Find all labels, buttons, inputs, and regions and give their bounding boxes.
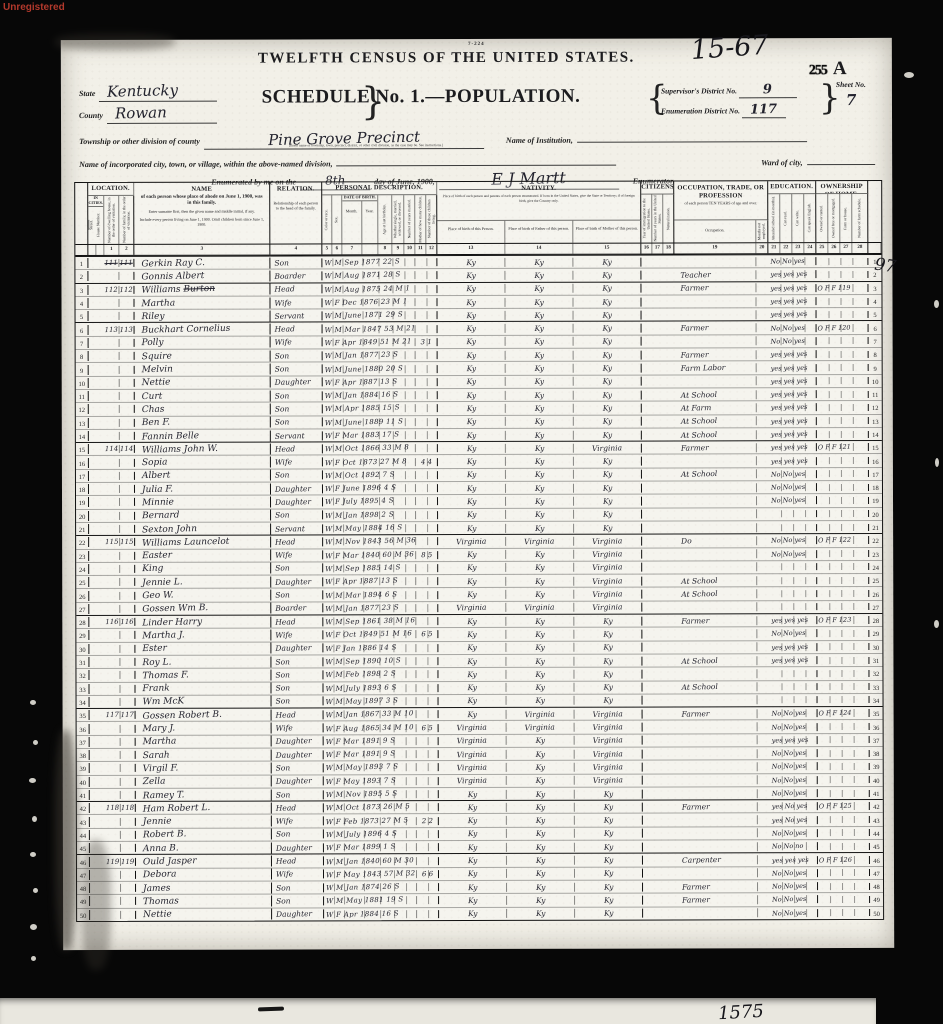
birthplace-cell: Ky (438, 457, 506, 466)
personal-description-cell: W M Sep 1861 38 M 16 (323, 617, 416, 625)
name-cell: Martha J. (135, 629, 271, 640)
row-number-left: 11 (76, 391, 89, 401)
name-cell: Martha (136, 736, 272, 747)
education-cell: No No yes (770, 723, 818, 731)
color-column-label: Color or race. (325, 209, 329, 230)
education-cell: yes yes yes (769, 377, 817, 385)
birthplace-cell: Ky (438, 590, 506, 599)
family-number-cell (119, 299, 134, 307)
occupation-cell (676, 736, 758, 745)
education-cell: yes yes yes (769, 404, 817, 412)
can-write-column-label: Can write. (796, 210, 800, 226)
relation-cell: Son (271, 590, 323, 599)
family-number-cell (120, 458, 135, 466)
row-number-left: 31 (76, 657, 89, 667)
home-ownership-cell (817, 643, 869, 650)
column-number: 21 (768, 243, 780, 253)
birthplace-cell: Ky (438, 470, 506, 479)
township-note: [Insert name of township, town, precinct… (231, 143, 501, 148)
home-ownership-cell (817, 524, 869, 531)
handwritten-sheet-number: 15-67 (690, 30, 770, 67)
relation-cell: Son (272, 883, 324, 892)
row-number-left: 27 (76, 604, 89, 614)
occupation-cell: Farmer (675, 443, 757, 452)
handwritten-bottom-number: 1575 (717, 1001, 764, 1024)
name-cell: Debora (136, 869, 272, 880)
can-read-column-header: Can read. (780, 194, 792, 242)
state-label: State (79, 89, 95, 98)
occupation-cell: Farmer (676, 895, 758, 904)
birthplace-cell: Virginia (439, 776, 507, 785)
stamp-letter: A (833, 58, 847, 79)
dwelling-number-cell: 113 (105, 326, 120, 334)
children-count-cell (416, 644, 438, 652)
birthplace-cell: Ky (439, 696, 507, 705)
unregistered-watermark: Unregistered (3, 2, 65, 13)
home-ownership-cell (817, 377, 869, 384)
row-number-left: 3 (75, 285, 88, 295)
father-birthplace-cell: Ky (507, 856, 575, 865)
relation-sub: Relationship of each person to the head … (272, 202, 319, 212)
row-number-right: 37 (870, 735, 883, 745)
home-ownership-cell (818, 750, 870, 757)
birthplace-cell: Ky (439, 803, 507, 812)
year-column-label: Year. (362, 201, 378, 243)
dwelling-number-cell (105, 645, 120, 653)
column-number (96, 245, 104, 255)
children-count-cell (416, 418, 438, 426)
relation-cell: Head (272, 856, 324, 865)
father-birthplace-cell: Ky (506, 670, 574, 679)
father-birthplace-cell: Ky (507, 816, 575, 825)
education-cell: yes yes yes (769, 310, 817, 318)
naturalization-column-label: Naturalization. (666, 207, 670, 230)
education-cell: yes No yes (770, 816, 818, 824)
occupation-cell (676, 762, 758, 771)
months-not-employed-column-header: Months not employed. (756, 220, 768, 242)
column-number: 24 (804, 243, 816, 253)
birthplace-cell: Ky (437, 271, 505, 280)
name-cell: Squire (135, 350, 271, 361)
row-number-right: 10 (869, 376, 882, 386)
home-ownership-cell (818, 696, 870, 703)
occupation-cell (676, 722, 758, 731)
personal-description-cell: W F Apr 1884 16 S (324, 910, 417, 918)
relation-cell: Wife (270, 298, 322, 307)
personal-description-cell: W F Feb 1873 27 M 5 (324, 817, 417, 825)
father-birthplace-cell: Ky (506, 577, 574, 586)
occupation-cell (675, 549, 757, 558)
month-column-label: Month. (342, 201, 362, 243)
children-count-cell (417, 910, 439, 918)
father-birthplace-cell: Ky (506, 364, 574, 373)
column-number: 25 (816, 243, 828, 253)
dwelling-number-cell (105, 552, 120, 560)
dwelling-number-cell: 112 (104, 286, 119, 294)
children-count-cell (416, 604, 438, 612)
row-number-left: 38 (77, 750, 90, 760)
row-number-left: 43 (77, 817, 90, 827)
film-speck (904, 72, 914, 78)
mother-birthplace-cell: Ky (574, 390, 642, 399)
father-birthplace-cell: Ky (506, 510, 574, 519)
home-ownership-cell: O F F 124 (818, 709, 870, 717)
education-cell (769, 564, 817, 571)
county-value: Rowan (115, 103, 167, 122)
education-cell: yes yes yes (769, 390, 817, 398)
name-cell: Gossen Robert B. (136, 709, 272, 720)
personal-description-cell: W M Apr 1885 15 S (323, 405, 416, 413)
occupation-cell (675, 377, 757, 386)
family-number-cell (120, 352, 135, 360)
home-ownership-cell (818, 896, 870, 903)
census-rows: 1 111 111 Gerkin Ray C. Son W M Sep 1877… (75, 254, 883, 921)
education-cell: No No yes (770, 869, 818, 877)
family-number-cell: 116 (120, 618, 135, 626)
column-number: 18 (663, 243, 674, 253)
children-count-cell (417, 777, 439, 785)
occupation-cell: At School (675, 589, 757, 598)
mother-birthplace-cell: Ky (575, 842, 643, 851)
birthplace-cell: Ky (438, 683, 506, 692)
home-ownership-cell: O F F 125 (818, 802, 870, 810)
birthplace-cell: Ky (438, 670, 506, 679)
mother-birthplace-cell: Virginia (575, 762, 643, 771)
row-number-right: 9 (869, 362, 882, 372)
supervisor-district-label: Supervisor's District No. (661, 86, 737, 95)
personal-description-cell: W M Jan 1898 2 S (323, 511, 416, 519)
home-ownership-cell (817, 577, 869, 584)
children-count-cell (417, 764, 439, 772)
name-cell: Nettie (136, 909, 272, 920)
family-number-cell (120, 631, 135, 639)
schedule-title: SCHEDULE No. 1.—POPULATION. (211, 86, 631, 109)
home-ownership-cell (817, 510, 869, 517)
census-table: LOCATION. IN CITIES. Street. House Numbe… (74, 180, 884, 922)
children-count-cell (416, 684, 438, 692)
row-number-right: 40 (870, 775, 883, 785)
township-label: Township or other division of county (79, 137, 200, 146)
name-cell: Geo W. (135, 590, 271, 601)
row-number-right: 6 (869, 323, 882, 333)
birthplace-cell: Ky (439, 909, 507, 918)
mother-birthplace-cell: Ky (574, 310, 642, 319)
row-number-right: 13 (869, 416, 882, 426)
birthplace-cell: Virginia (439, 723, 507, 732)
mother-birthplace-cell: Ky (573, 284, 641, 293)
relation-cell: Wife (271, 551, 323, 560)
education-cell: No No yes (769, 630, 817, 638)
father-birthplace-cell: Ky (506, 390, 574, 399)
birthplace-cell: Virginia (438, 603, 506, 612)
mother-birthplace-cell: Ky (575, 696, 643, 705)
children-count-cell (416, 325, 438, 333)
personal-description-cell: W F Mar 1883 17 S (323, 431, 416, 439)
home-ownership-cell (817, 311, 869, 318)
personal-description-cell: W M May 1897 3 S (324, 697, 417, 705)
dwelling-number-cell (106, 844, 121, 852)
children-count-cell (416, 471, 438, 479)
name-cell: Sarah (136, 749, 272, 760)
relation-title: RELATION. (272, 183, 319, 193)
family-number-cell (120, 512, 135, 520)
personal-description-cell: W F Apr 1887 13 S (323, 577, 416, 585)
name-cell: Gonnis Albert (134, 270, 270, 281)
years-in-us-column-header: Number of years in the United States. (652, 195, 663, 243)
children-count-cell (417, 857, 439, 865)
family-number-cell: 118 (121, 804, 136, 812)
relation-cell: Son (271, 364, 323, 373)
row-number-left: 20 (76, 511, 89, 521)
row-number-left: 21 (76, 524, 89, 534)
home-ownership-cell (818, 829, 870, 836)
supervisor-district-line: Supervisor's District No. 9 (661, 82, 797, 98)
name-cell: Curt (135, 390, 271, 401)
children-count-cell (416, 524, 438, 532)
name-cell: Melvin (135, 364, 271, 375)
father-birthplace-cell: Ky (506, 550, 574, 559)
father-birthplace-cell: Ky (506, 417, 574, 426)
film-speck (935, 458, 939, 467)
mother-birthplace-cell: Ky (574, 364, 642, 373)
relation-cell: Head (271, 617, 323, 626)
family-number-cell (121, 724, 136, 732)
row-number-right: 41 (870, 788, 883, 798)
education-cell: yes yes yes (768, 271, 816, 279)
row-number-right: 29 (869, 628, 882, 638)
name-cell: Chas (135, 403, 271, 414)
relation-cell: Daughter (272, 737, 324, 746)
birthplace-cell: Ky (438, 351, 506, 360)
occupation-cell: Do (675, 536, 757, 545)
education-cell: No No yes (769, 550, 817, 558)
name-cell: Martha (134, 297, 270, 308)
father-birthplace-cell: Ky (506, 377, 574, 386)
row-number-right: 21 (869, 522, 882, 532)
children-count-cell (417, 803, 439, 811)
birthplace-cell: Ky (438, 364, 506, 373)
column-number: 27 (840, 243, 852, 253)
personal-description-cell: W F Oct 1849 51 M 16 (323, 631, 416, 639)
children-count-cell (415, 258, 437, 266)
column-number: 19 (674, 243, 756, 253)
row-number-left: 36 (77, 724, 90, 734)
dwelling-number-cell (106, 738, 121, 746)
dwelling-number-cell (105, 485, 120, 493)
personal-description-cell: W M Oct 1892 7 S (323, 471, 416, 479)
family-number-cell (120, 578, 135, 586)
row-number-left: 12 (76, 404, 89, 414)
name-cell: Sexton John (135, 523, 271, 534)
name-cell: Gerkin Ray C. (134, 257, 270, 268)
occupation-cell: Farmer (676, 709, 758, 718)
occupation-cell (676, 908, 758, 917)
children-count-cell (416, 591, 438, 599)
mother-of-column-label: Mother of how many children. (418, 196, 422, 243)
dwelling-number-cell (105, 379, 120, 387)
mother-birthplace-cell: Virginia (574, 443, 642, 452)
dwelling-number-cell (105, 432, 120, 440)
row-number-right: 39 (870, 761, 883, 771)
home-ownership-cell (817, 404, 869, 411)
column-number: 7 (342, 244, 362, 254)
row-number-left: 33 (76, 684, 89, 694)
home-ownership-cell (817, 603, 869, 610)
mother-birthplace-cell: Virginia (574, 603, 642, 612)
name-cell: Ramey T. (136, 789, 272, 800)
home-ownership-cell (818, 723, 870, 730)
birthplace-cell: Ky (439, 883, 507, 892)
personal-description-cell: W F Mar 1840 60 M 36 (323, 551, 416, 559)
column-number: 28 (852, 243, 868, 253)
stamp-number: 255 (809, 63, 827, 78)
row-number-right: 49 (870, 894, 883, 904)
row-number-right: 36 (870, 721, 883, 731)
row-number-left: 25 (76, 577, 89, 587)
relation-cell: Daughter (272, 910, 324, 919)
education-cell: yes yes yes (769, 616, 817, 624)
relation-cell: Head (270, 285, 322, 294)
dwelling-number-cell (105, 605, 120, 613)
birthplace-cell: Ky (439, 789, 507, 798)
relation-cell: Son (272, 830, 324, 839)
mother-birthplace-cell: Ky (575, 816, 643, 825)
mother-birthplace-cell: Virginia (575, 709, 643, 718)
column-number: 22 (780, 243, 792, 253)
family-number-cell (120, 432, 135, 440)
family-column-header: Number of family, in the order of visita… (119, 196, 134, 244)
father-birthplace-cell: Ky (505, 297, 573, 306)
row-number-left: 1 (75, 258, 88, 268)
column-number: 1 (104, 245, 119, 255)
row-number-right: 32 (869, 668, 882, 678)
row-number-right: 24 (869, 562, 882, 572)
family-number-cell (120, 419, 135, 427)
dwelling-number-cell (106, 764, 121, 772)
row-number-right: 19 (869, 495, 882, 505)
home-ownership-cell: O F F 121 (817, 443, 869, 451)
film-speck (934, 300, 939, 308)
father-birthplace-cell: Ky (506, 683, 574, 692)
dwelling-number-cell (105, 658, 120, 666)
occupation-cell: At School (675, 682, 757, 691)
in-cities-label: IN CITIES. (88, 196, 103, 207)
education-cell: No No yes (770, 763, 818, 771)
name-cell: Ould Jasper (136, 856, 272, 867)
education-cell: yes No yes (770, 802, 818, 810)
home-ownership-cell: O F F 120 (817, 324, 869, 332)
personal-description-cell: W F Apr 1849 51 M 21 (323, 338, 416, 346)
mother-birthplace-cell: Ky (574, 417, 642, 426)
column-number: 16 (641, 244, 652, 254)
relation-cell: Son (271, 404, 323, 413)
name-cell: Linder Harry (135, 616, 271, 627)
father-birthplace-cell: Ky (505, 284, 573, 293)
family-number-cell (121, 764, 136, 772)
row-number-left: 2 (75, 271, 88, 281)
row-number-left: 4 (75, 298, 88, 308)
occupation-cell: Farm Labor (675, 363, 757, 372)
education-cell: No No yes (770, 909, 818, 917)
name-cell: Nettie (135, 377, 271, 388)
name-cell: Williams Launcelot (135, 536, 271, 547)
immigration-year-column-header: Year of immigration to the United States… (641, 195, 652, 243)
home-ownership-cell (818, 736, 870, 743)
personal-description-cell: W M June 1889 11 S (323, 418, 416, 426)
personal-description-group-header: PERSONAL DESCRIPTION. (322, 182, 437, 195)
personal-description-cell: W M June 1871 29 S (323, 311, 416, 319)
personal-description-cell: W F Dec 1876 23 M 1 (322, 298, 415, 306)
column-number: 9 (392, 244, 404, 254)
father-birthplace-cell: Ky (507, 789, 575, 798)
birthplace-cell: Ky (438, 643, 506, 652)
attended-school-column-header: Attended school (in months). (768, 194, 780, 242)
occupation-cell: Farmer (675, 616, 757, 625)
mother-birthplace-cell: Virginia (574, 576, 642, 585)
father-birthplace-cell: Ky (507, 829, 575, 838)
film-speck (934, 620, 939, 628)
row-number-left: 13 (76, 418, 89, 428)
occupation-sub: of each person TEN YEARS of age and over… (677, 201, 764, 206)
birthplace-cell: Ky (438, 577, 506, 586)
column-number: 10 (404, 244, 415, 254)
children-count-cell (416, 498, 438, 506)
home-ownership-cell (817, 630, 869, 637)
row-number-left: 29 (76, 630, 89, 640)
age-column-header: Age at last birthday. (378, 195, 392, 243)
family-number-cell (121, 698, 136, 706)
dwelling-number-cell (105, 578, 120, 586)
citizenship-group-header: CITIZENSHIP. (641, 181, 674, 194)
row-number-right: 12 (869, 402, 882, 412)
relation-cell: Son (271, 564, 323, 573)
row-number-right: 48 (870, 881, 883, 891)
name-cell: Mary J. (136, 723, 272, 734)
education-cell: yes yes yes (769, 430, 817, 438)
children-count-cell (415, 298, 437, 306)
education-cell: No No yes (769, 337, 817, 345)
birthplace-cell: Virginia (439, 750, 507, 759)
occupation-cell: Carpenter (676, 855, 758, 864)
personal-description-cell: W M Sep 1885 14 S (323, 564, 416, 572)
relation-cell: Son (271, 684, 323, 693)
row-number-right: 50 (870, 908, 883, 918)
county-label: County (79, 111, 103, 120)
mother-birthplace-cell: Ky (574, 350, 642, 359)
home-ownership-cell (817, 470, 869, 477)
column-number: 23 (792, 243, 804, 253)
table-row: 50 Nettie Daughter W F Apr 1884 16 S Ky … (77, 905, 883, 920)
mother-birthplace-cell: Ky (574, 483, 642, 492)
children-count-cell (417, 883, 439, 891)
children-count-cell (416, 405, 438, 413)
birthplace-cell: Ky (439, 869, 507, 878)
father-birthplace-cell: Ky (506, 630, 574, 639)
birthplace-cell: Ky (438, 444, 506, 453)
name-cell: Fannin Belle (135, 430, 271, 441)
nativity-title: NATIVITY. (440, 183, 637, 194)
father-birthplace-cell: Ky (506, 457, 574, 466)
months-not-employed-column-label: Months not employed. (757, 220, 766, 242)
birthplace-person-column-label: Place of birth of this Person. (437, 221, 505, 243)
family-number-cell (120, 685, 135, 693)
birthplace-cell: Ky (438, 377, 506, 386)
enumeration-district-line: Enumeration District No. 117 (661, 102, 786, 118)
father-birthplace-cell: Ky (507, 736, 575, 745)
relation-cell: Son (271, 511, 323, 520)
row-number-right: 25 (869, 575, 882, 585)
education-cell: yes yes yes (769, 643, 817, 651)
